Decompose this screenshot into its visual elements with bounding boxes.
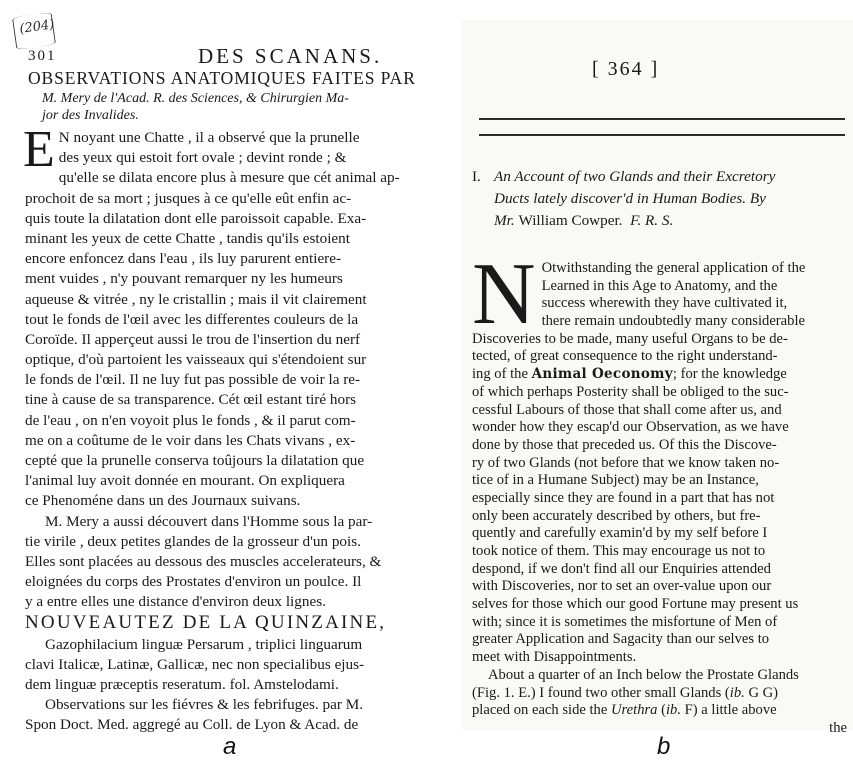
text-line: quis toute la dilatation dont elle paroi…	[25, 209, 440, 229]
author-name: William Cowper.	[518, 212, 622, 229]
text-line: only been accurately described by others…	[472, 508, 847, 526]
figure-caption-a: a	[223, 733, 236, 761]
text-fragment: (	[657, 702, 666, 718]
text-line-animal-oeconomy: ing of the Animal Oeconomy; for the know…	[472, 366, 847, 384]
text-line: N noyant une Chatte , il a observé que l…	[25, 128, 440, 148]
page-b-article-title: I. An Account of two Glands and their Ex…	[472, 166, 847, 232]
text-fragment: G G)	[745, 685, 778, 701]
text-line: l'animal luy avoit donnée en mourant. On…	[25, 471, 440, 491]
text-line: des yeux qui estoit fort ovale ; devint …	[25, 148, 440, 168]
text-line: Discoveries to be made, many useful Orga…	[472, 331, 847, 349]
text-line: Gazophilacium linguæ Persarum , triplici…	[25, 635, 440, 655]
text-line: selves for those which our good Fortune …	[472, 596, 847, 614]
text-line: encore enfoncez dans l'eau , ils luy par…	[25, 249, 440, 269]
text-fragment-italic: ib.	[730, 685, 745, 701]
page-a-page-number: 301	[28, 48, 57, 65]
text-line: despond, if we don't find all our Enquir…	[472, 561, 847, 579]
header-rule-top	[479, 118, 845, 120]
page-a-byline: M. Mery de l'Acad. R. des Sciences, & Ch…	[42, 90, 440, 124]
text-fragment-italic: ib.	[666, 702, 681, 718]
text-line: prochoit de sa mort ; jusques à ce qu'el…	[25, 189, 440, 209]
text-line: ment vuides , n'y pouvant remarquer ny l…	[25, 269, 440, 289]
text-fragment-italic: Urethra	[611, 702, 657, 718]
text-line: tout le fonds de l'œil avec les differen…	[25, 310, 440, 330]
text-line: M. Mery a aussi découvert dans l'Homme s…	[25, 512, 440, 532]
text-line: y a entre elles une distance d'environ d…	[25, 592, 440, 612]
page-a-article-title: OBSERVATIONS ANATOMIQUES FAITES PAR	[28, 68, 440, 89]
text-line: took notice of them. This may encourage …	[472, 543, 847, 561]
text-line: cessful Labours of those that shall come…	[472, 402, 847, 420]
text-line: dem linguæ præceptis reseratum. fol. Ams…	[25, 675, 440, 695]
text-fragment: (Fig. 1. E.) I found two other small Gla…	[472, 685, 730, 701]
text-line: done by those that preceded us. Of this …	[472, 437, 847, 455]
text-line: me on a coûtume de le voir dans les Chat…	[25, 431, 440, 451]
text-line: tected, of great consequence to the righ…	[472, 348, 847, 366]
title-line: An Account of two Glands and their Excre…	[472, 166, 847, 188]
text-line: tie virile , deux petites glandes de la …	[25, 532, 440, 552]
dropcap-n: N	[472, 262, 536, 330]
text-line: greater Application and Sagacity than ou…	[472, 631, 847, 649]
text-line: minant les yeux de cette Chatte , tandis…	[25, 229, 440, 249]
text-line: especially since they are found in a par…	[472, 490, 847, 508]
header-rule-bottom	[479, 134, 845, 136]
text-line: eloignées du corps des Prostates d'envir…	[25, 572, 440, 592]
text-line: optique, d'où partoient les vaisseaux qu…	[25, 350, 440, 370]
text-line: clavi Italicæ, Latinæ, Gallicæ, nec non …	[25, 655, 440, 675]
text-line: placed on each side the Urethra (ib. F) …	[472, 702, 847, 720]
dropcap-e: E	[23, 130, 55, 170]
byline-line: M. Mery de l'Acad. R. des Sciences, & Ch…	[42, 90, 440, 107]
title-line: Ducts lately discover'd in Human Bodies.…	[472, 188, 847, 210]
text-line: cepté que la prunelle conserva toûjours …	[25, 451, 440, 471]
text-line: tine à cause de sa transparence. Cét œil…	[25, 390, 440, 410]
text-fragment: F) a little above	[681, 702, 777, 718]
author-suffix: F. R. S.	[630, 212, 673, 229]
page-b-body: N Otwithstanding the general application…	[472, 260, 847, 738]
text-fragment: ing of the	[472, 366, 528, 382]
blackletter-phrase: Animal Oeconomy	[532, 366, 673, 382]
author-prefix: Mr.	[494, 212, 515, 229]
page-a-french-journal: (204) 301 DES SCANANS. OBSERVATIONS ANAT…	[0, 0, 440, 730]
text-fragment: placed on each side the	[472, 702, 611, 718]
text-line: aqueuse & vitrée , ny le cristallin ; ma…	[25, 290, 440, 310]
figure-caption-b: b	[657, 733, 670, 761]
text-line: Observations sur les fiévres & les febri…	[25, 695, 440, 715]
page-a-body: E N noyant une Chatte , il a observé que…	[25, 128, 440, 735]
section-heading-nouveautez: NOUVEAUTEZ DE LA QUINZAINE,	[25, 613, 440, 635]
page-a-header: 301 DES SCANANS.	[28, 44, 438, 66]
page-b-philosophical-transactions: [ 364 ] I. An Account of two Glands and …	[462, 20, 853, 730]
text-line: ce Phenoméne dans un des Journaux suivan…	[25, 491, 440, 511]
text-line: of which perhaps Posterity shall be obli…	[472, 384, 847, 402]
text-line: ry of two Glands (not before that we kno…	[472, 455, 847, 473]
text-line: tice of in a Humane Subject) may be an I…	[472, 472, 847, 490]
text-line: About a quarter of an Inch below the Pro…	[472, 667, 847, 685]
text-line: wonder how they escap'd our Observation,…	[472, 419, 847, 437]
byline-line: jor des Invalides.	[42, 107, 440, 124]
text-line: meet with Disappointments.	[472, 649, 847, 667]
author-line: Mr. William Cowper. F. R. S.	[472, 210, 847, 232]
article-number: I.	[472, 166, 481, 188]
text-fragment: ; for the knowledge	[673, 366, 787, 382]
text-line: de l'eau , on n'en voyoit plus le fonds …	[25, 411, 440, 431]
text-line: (Fig. 1. E.) I found two other small Gla…	[472, 685, 847, 703]
text-line: Elles sont placées au dessous des muscle…	[25, 552, 440, 572]
text-line: with Discoveries, nor to set an over-val…	[472, 578, 847, 596]
text-line: qu'elle se dilata encore plus à mesure q…	[25, 168, 440, 188]
text-line: with; since it is sometimes the misfortu…	[472, 614, 847, 632]
text-line: quently and carefully examin'd by my sel…	[472, 525, 847, 543]
page-a-running-head: DES SCANANS.	[198, 44, 382, 69]
text-line: Coroïde. Il apperçeut aussi le trou de l…	[25, 330, 440, 350]
page-b-page-number: [ 364 ]	[592, 58, 659, 81]
text-line: le fonds de l'œil. Il ne luy fut pas pos…	[25, 370, 440, 390]
